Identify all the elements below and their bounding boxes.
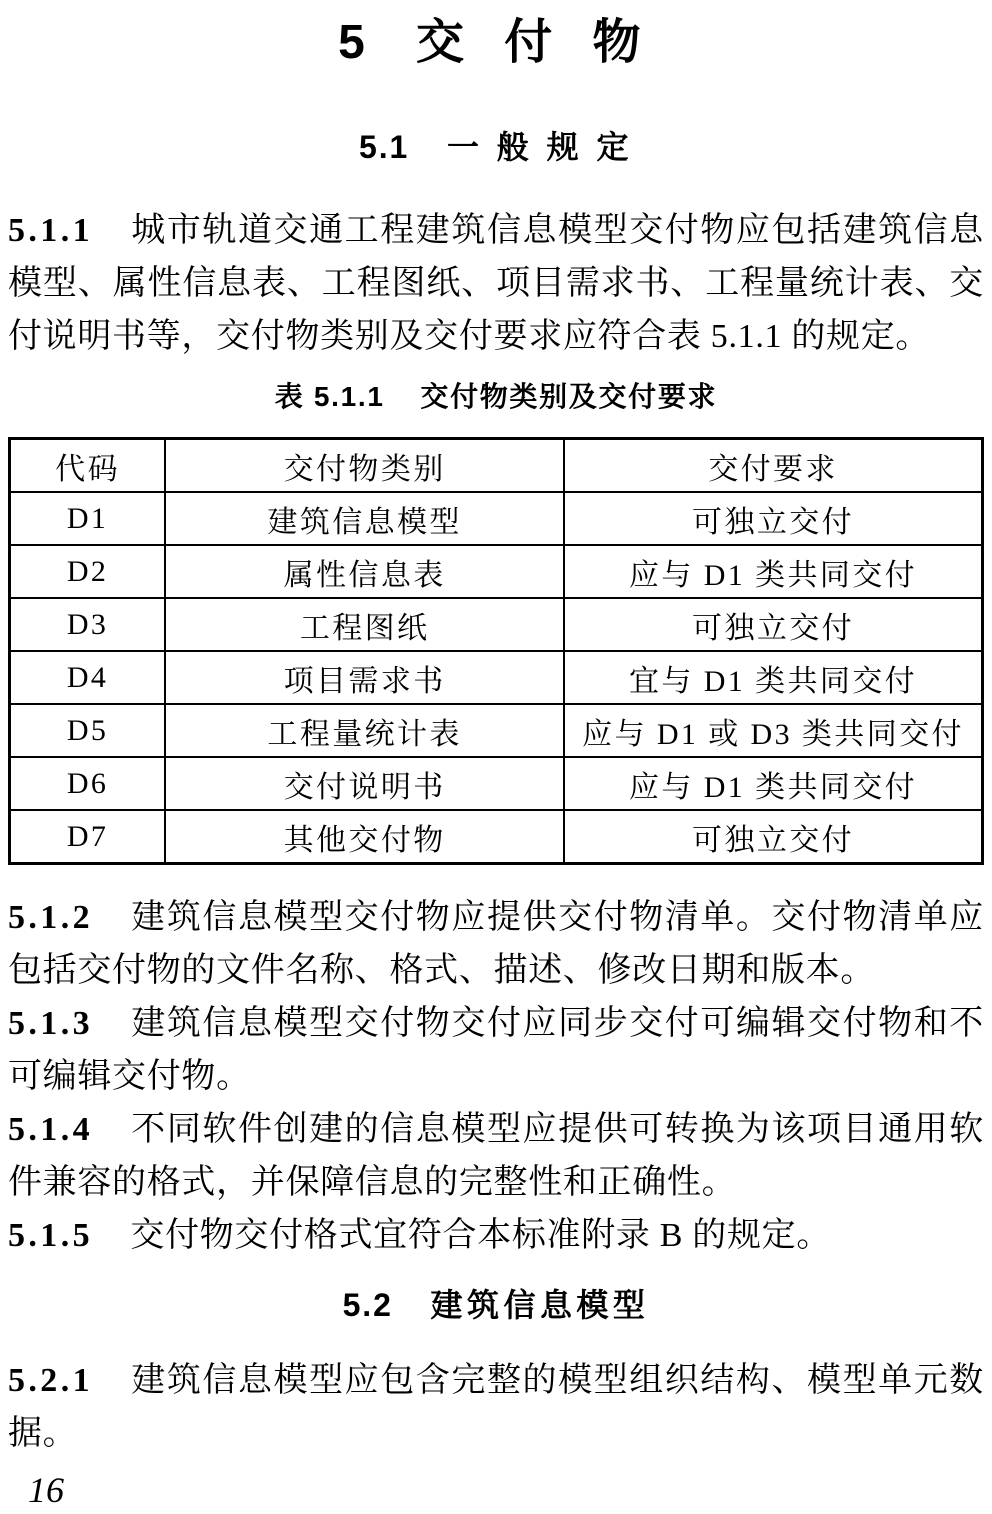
cell-category: 建筑信息模型	[165, 492, 564, 545]
clause-number: 5.2.1	[8, 1362, 93, 1399]
table-caption-label: 表 5.1.1	[275, 381, 385, 412]
cell-category: 交付说明书	[165, 757, 564, 810]
table-row: D5 工程量统计表 应与 D1 或 D3 类共同交付	[10, 704, 983, 757]
deliverables-table: 代码 交付物类别 交付要求 D1 建筑信息模型 可独立交付 D2 属性信息表 应…	[8, 437, 984, 865]
section-heading-5-1: 5.1 一 般 规 定	[8, 128, 984, 166]
section-heading-5-2: 5.2 建筑信息模型	[8, 1286, 984, 1324]
clause-number: 5.1.2	[8, 899, 93, 936]
clause-text: 建筑信息模型交付物应提供交付物清单。交付物清单应包括交付物的文件名称、格式、描述…	[8, 899, 984, 989]
table-row: D3 工程图纸 可独立交付	[10, 598, 983, 651]
header-cell-category: 交付物类别	[165, 439, 564, 493]
cell-code: D7	[10, 810, 166, 864]
chapter-number: 5	[338, 16, 370, 69]
cell-code: D1	[10, 492, 166, 545]
cell-requirement: 应与 D1 类共同交付	[564, 545, 982, 598]
clause-5-1-4: 5.1.4不同软件创建的信息模型应提供可转换为该项目通用软件兼容的格式，并保障信…	[8, 1103, 984, 1209]
clause-text: 建筑信息模型交付物交付应同步交付可编辑交付物和不可编辑交付物。	[8, 1005, 984, 1095]
section-5-1-number: 5.1	[359, 129, 409, 165]
page-number: 16	[28, 1472, 64, 1508]
cell-requirement: 可独立交付	[564, 598, 982, 651]
cell-requirement: 应与 D1 类共同交付	[564, 757, 982, 810]
cell-requirement: 可独立交付	[564, 810, 982, 864]
section-5-2-title: 建筑信息模型	[431, 1287, 650, 1323]
header-cell-code: 代码	[10, 439, 166, 493]
clause-number: 5.1.3	[8, 1005, 93, 1042]
cell-requirement: 应与 D1 或 D3 类共同交付	[564, 704, 982, 757]
cell-code: D2	[10, 545, 166, 598]
chapter-title-text: 交 付 物	[416, 16, 654, 69]
cell-requirement: 可独立交付	[564, 492, 982, 545]
clause-5-1-1: 5.1.1城市轨道交通工程建筑信息模型交付物应包括建筑信息模型、属性信息表、工程…	[8, 204, 984, 363]
clause-5-2-1: 5.2.1建筑信息模型应包含完整的模型组织结构、模型单元数据。	[8, 1354, 984, 1460]
cell-code: D6	[10, 757, 166, 810]
clause-text: 城市轨道交通工程建筑信息模型交付物应包括建筑信息模型、属性信息表、工程图纸、项目…	[8, 212, 984, 355]
clause-5-1-5: 5.1.5交付物交付格式宜符合本标准附录 B 的规定。	[8, 1209, 984, 1262]
chapter-heading: 5 交 付 物	[8, 0, 984, 72]
section-5-2-number: 5.2	[343, 1287, 393, 1323]
clause-number: 5.1.1	[8, 212, 93, 249]
table-row: D4 项目需求书 宜与 D1 类共同交付	[10, 651, 983, 704]
cell-code: D5	[10, 704, 166, 757]
section-5-1-title: 一 般 规 定	[447, 129, 633, 165]
clause-number: 5.1.5	[8, 1217, 93, 1254]
table-row: D1 建筑信息模型 可独立交付	[10, 492, 983, 545]
clause-text: 不同软件创建的信息模型应提供可转换为该项目通用软件兼容的格式，并保障信息的完整性…	[8, 1111, 984, 1201]
cell-requirement: 宜与 D1 类共同交付	[564, 651, 982, 704]
table-row: D6 交付说明书 应与 D1 类共同交付	[10, 757, 983, 810]
cell-code: D3	[10, 598, 166, 651]
table-caption-title: 交付物类别及交付要求	[420, 381, 717, 412]
cell-category: 属性信息表	[165, 545, 564, 598]
table-header-row: 代码 交付物类别 交付要求	[10, 439, 983, 493]
cell-category: 工程图纸	[165, 598, 564, 651]
clause-text: 交付物交付格式宜符合本标准附录 B 的规定。	[130, 1217, 831, 1254]
cell-code: D4	[10, 651, 166, 704]
document-page: 5 交 付 物 5.1 一 般 规 定 5.1.1城市轨道交通工程建筑信息模型交…	[0, 0, 992, 1514]
table-row: D7 其他交付物 可独立交付	[10, 810, 983, 864]
cell-category: 项目需求书	[165, 651, 564, 704]
table-caption: 表 5.1.1 交付物类别及交付要求	[8, 379, 984, 415]
clause-text: 建筑信息模型应包含完整的模型组织结构、模型单元数据。	[8, 1362, 984, 1452]
clause-5-1-3: 5.1.3建筑信息模型交付物交付应同步交付可编辑交付物和不可编辑交付物。	[8, 997, 984, 1103]
cell-category: 其他交付物	[165, 810, 564, 864]
clause-5-1-2: 5.1.2建筑信息模型交付物应提供交付物清单。交付物清单应包括交付物的文件名称、…	[8, 891, 984, 997]
table-row: D2 属性信息表 应与 D1 类共同交付	[10, 545, 983, 598]
cell-category: 工程量统计表	[165, 704, 564, 757]
header-cell-requirement: 交付要求	[564, 439, 982, 493]
clause-number: 5.1.4	[8, 1111, 93, 1148]
